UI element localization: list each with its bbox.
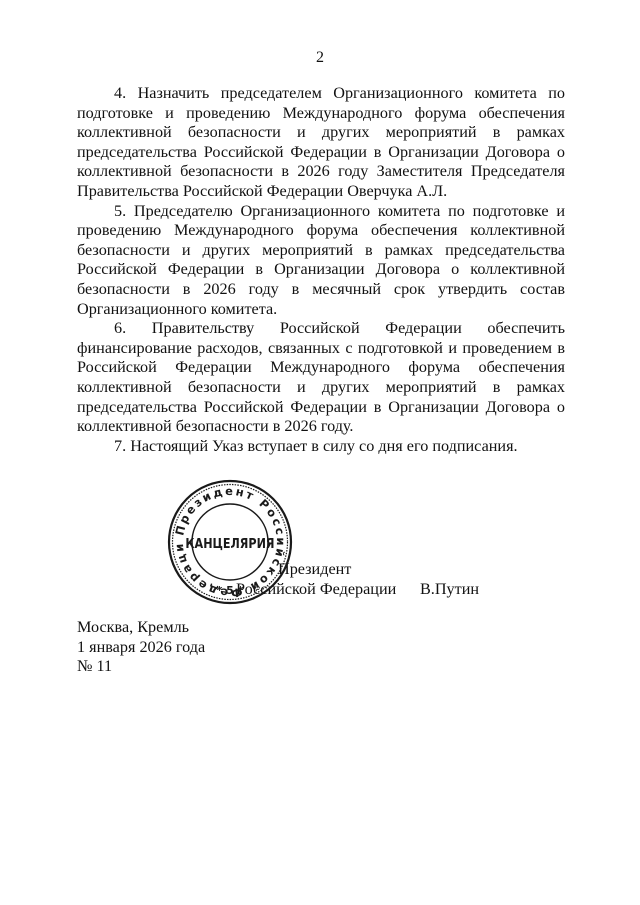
paragraph-6: 6. Правительству Российской Федерации об…	[77, 319, 565, 437]
signatory-name: В.Путин	[420, 580, 479, 600]
signing-place: Москва, Кремль	[77, 618, 205, 638]
decree-body: 4. Назначить председателем Организационн…	[77, 84, 565, 456]
paragraph-5: 5. Председателю Организационного комитет…	[77, 202, 565, 320]
official-stamp: Президент Российской Федерации КАНЦЕЛЯРИ…	[166, 478, 294, 606]
decree-footer: Москва, Кремль 1 января 2026 года № 11	[77, 618, 205, 677]
svg-text:* 5 *: * 5 *	[217, 584, 244, 597]
paragraph-4: 4. Назначить председателем Организационн…	[77, 84, 565, 202]
stamp-seal-icon: Президент Российской Федерации КАНЦЕЛЯРИ…	[166, 478, 294, 606]
page-number: 2	[0, 48, 640, 67]
signature-block: Президент Российской Федерации В.Путин	[0, 560, 640, 620]
decree-number: № 11	[77, 657, 205, 677]
paragraph-7: 7. Настоящий Указ вступает в силу со дня…	[77, 437, 565, 457]
signing-date: 1 января 2026 года	[77, 638, 205, 658]
stamp-center-text: КАНЦЕЛЯРИЯ	[185, 536, 274, 551]
stamp-number: 5	[226, 584, 234, 597]
